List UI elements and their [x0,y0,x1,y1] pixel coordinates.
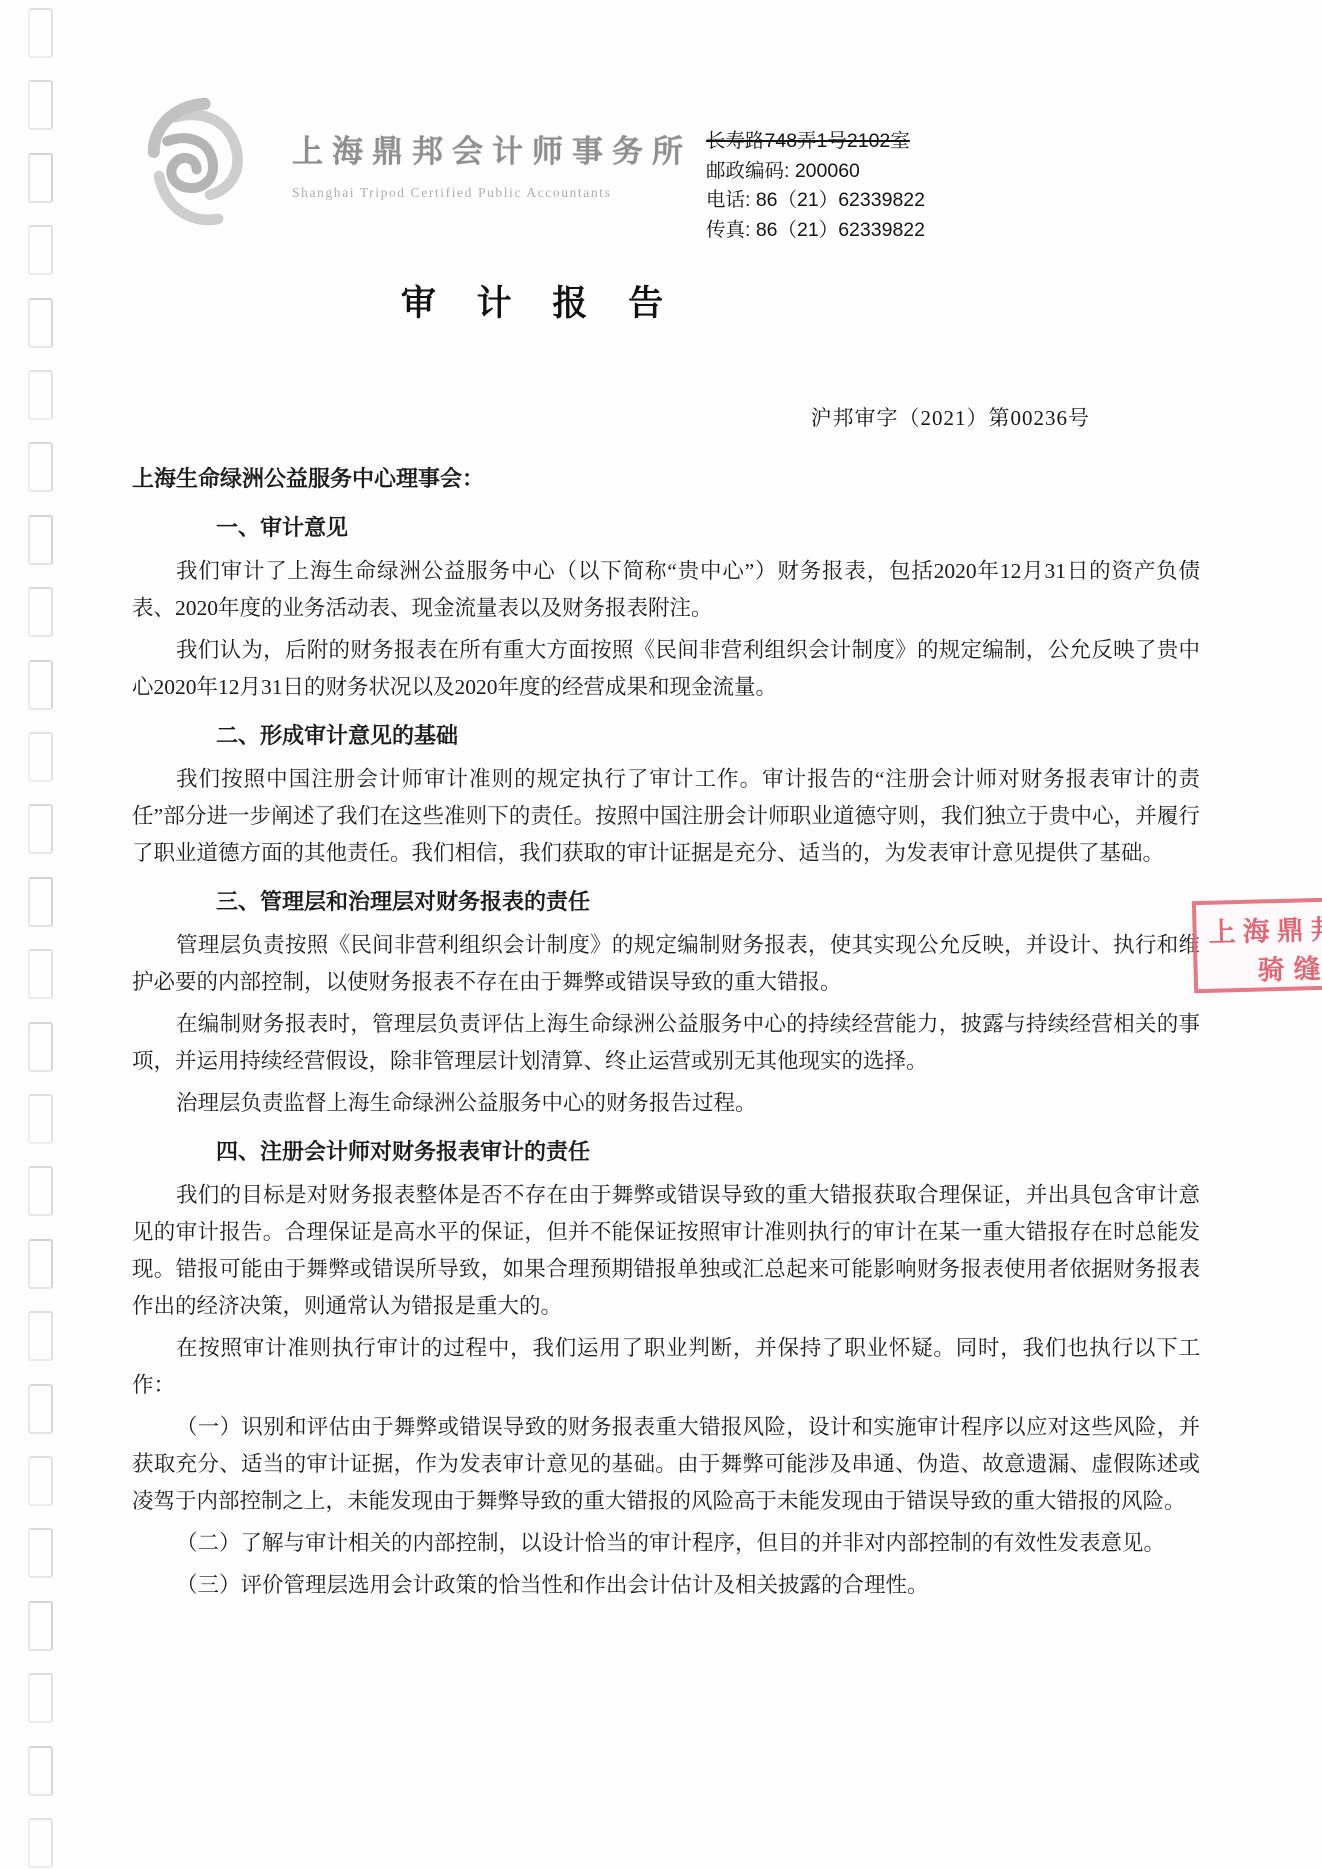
binder-hole-mark [28,587,53,637]
binder-hole-mark [28,660,53,710]
binder-hole-mark [28,515,53,565]
binder-hole-mark [28,1673,53,1723]
binder-hole-mark [28,225,53,275]
binder-hole-mark [28,1094,53,1144]
firm-phone: 电话: 86（21）62339822 [706,186,1126,216]
scanned-audit-report-page: 上海鼎邦会计师事务所 Shanghai Tripod Certified Pub… [0,0,1322,1870]
binder-hole-mark [28,804,53,854]
firm-address: 长寿路748弄1号2102室 [706,127,1126,157]
binder-hole-mark [28,1311,53,1361]
document-title: 审 计 报 告 [132,276,948,326]
red-paging-seal-stamp: 上海鼎邦 骑缝章 [1192,897,1322,993]
binder-hole-mark [28,1239,53,1289]
paragraph: （一）识别和评估由于舞弊或错误导致的财务报表重大错报风险，设计和实施审计程序以应… [132,1409,1200,1520]
stamp-line-2: 骑缝章 [1209,946,1322,989]
binder-hole-mark [28,8,53,58]
firm-name-block: 上海鼎邦会计师事务所 Shanghai Tripod Certified Pub… [292,126,712,201]
section-heading-auditor-responsibility: 四、注册会计师对财务报表审计的责任 [132,1133,1200,1170]
binder-hole-mark [28,370,53,420]
firm-contact-block: 长寿路748弄1号2102室 邮政编码: 200060 电话: 86（21）62… [706,127,1126,245]
report-body: 上海生命绿洲公益服务中心理事会： 一、审计意见 我们审计了上海生命绿洲公益服务中… [132,460,1200,1609]
firm-name-chinese: 上海鼎邦会计师事务所 [292,126,712,171]
paragraph: 在编制财务报表时，管理层负责评估上海生命绿洲公益服务中心的持续经营能力，披露与持… [132,1006,1200,1080]
paragraph: 在按照审计准则执行审计的过程中，我们运用了职业判断，并保持了职业怀疑。同时，我们… [132,1330,1200,1404]
paragraph: 我们审计了上海生命绿洲公益服务中心（以下简称“贵中心”）财务报表，包括2020年… [132,553,1200,627]
paragraph: 我们的目标是对财务报表整体是否不存在由于舞弊或错误导致的重大错报获取合理保证，并… [132,1177,1200,1325]
binder-hole-mark [28,442,53,492]
section-heading-basis-for-opinion: 二、形成审计意见的基础 [132,717,1200,754]
addressee-line: 上海生命绿洲公益服务中心理事会： [132,460,1200,497]
paragraph: 治理层负责监督上海生命绿洲公益服务中心的财务报告过程。 [132,1085,1200,1122]
binder-hole-mark [28,80,53,130]
firm-postal-code: 邮政编码: 200060 [706,157,1126,187]
binder-hole-mark [28,732,53,782]
stamp-line-1: 上海鼎邦 [1208,907,1322,950]
binder-hole-mark [28,1456,53,1506]
paragraph: （三）评价管理层选用会计政策的恰当性和作出会计估计及相关披露的合理性。 [132,1567,1200,1604]
paragraph: 我们认为，后附的财务报表在所有重大方面按照《民间非营利组织会计制度》的规定编制，… [132,632,1200,706]
paragraph: （二）了解与审计相关的内部控制，以设计恰当的审计程序，但目的并非对内部控制的有效… [132,1525,1200,1562]
binder-hole-mark [28,1601,53,1651]
binder-hole-mark [28,1166,53,1216]
binder-hole-mark [28,1818,53,1868]
firm-name-english: Shanghai Tripod Certified Public Account… [292,185,712,201]
binder-hole-mark [28,298,53,348]
binder-hole-mark [28,1746,53,1796]
paragraph: 我们按照中国注册会计师审计准则的规定执行了审计工作。审计报告的“注册会计师对财务… [132,761,1200,872]
report-reference-number: 沪邦审字（2021）第00236号 [132,402,1090,432]
binder-hole-mark [28,153,53,203]
section-heading-audit-opinion: 一、审计意见 [132,509,1200,546]
swirl-logo-icon [135,93,269,235]
binder-hole-mark [28,1528,53,1578]
binder-hole-mark [28,1022,53,1072]
firm-logo [135,93,269,235]
binder-hole-mark [28,949,53,999]
section-heading-management-responsibility: 三、管理层和治理层对财务报表的责任 [132,883,1200,920]
binder-hole-mark [28,1384,53,1434]
paragraph: 管理层负责按照《民间非营利组织会计制度》的规定编制财务报表，使其实现公允反映，并… [132,927,1200,1001]
binder-hole-mark [28,877,53,927]
firm-fax: 传真: 86（21）62339822 [706,216,1126,246]
